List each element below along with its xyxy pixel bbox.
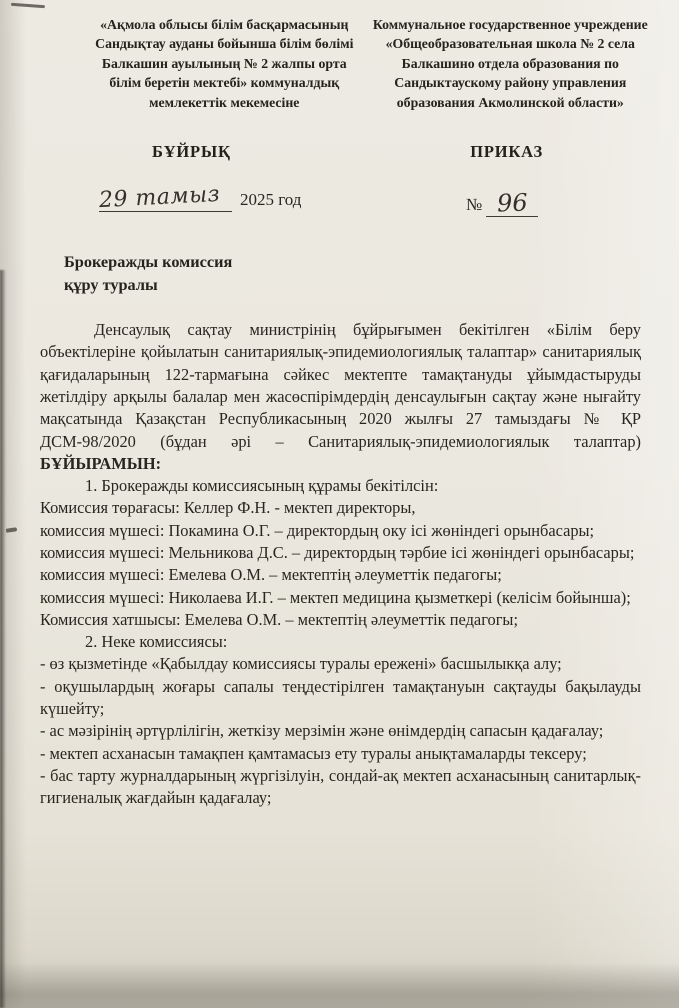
date-number-row: 29 тамыз2025 год № 96: [0, 184, 679, 230]
date-field: 29 тамыз2025 год: [99, 186, 301, 212]
letterhead: «Ақмола облысы білім басқармасының Санды…: [0, 0, 679, 112]
commission-member: комиссия мүшесі: Мельникова Д.С. – дирек…: [40, 542, 641, 564]
commission-duty: - мектеп асханасын тамақпен қамтамасыз е…: [40, 743, 641, 765]
commission-member: Комиссия хатшысы: Емелева О.М. – мектепт…: [40, 609, 641, 631]
commission-member: комиссия мүшесі: Емелева О.М. – мектепті…: [40, 564, 641, 586]
institution-name-russian: Коммунальное государственное учреждение …: [357, 15, 664, 112]
document-photo: «Ақмола облысы білім басқармасының Санды…: [0, 0, 679, 1008]
order-word: БҰЙЫРАМЫН:: [40, 454, 161, 473]
number-underline: 96: [486, 188, 538, 217]
resolution-item-2: 2. Неке комиссиясы:: [40, 631, 641, 653]
handwritten-number: 96: [497, 189, 529, 218]
institution-name-kazakh: «Ақмола облысы білім басқармасының Санды…: [92, 15, 357, 112]
subject-line-1: Брокеражды комиссия: [64, 250, 679, 273]
commission-duty: - ас мәзірінің әртүрлілігін, жеткізу мер…: [40, 720, 641, 742]
scan-artifact-pen-mark: [6, 527, 17, 532]
order-title-russian: ПРИКАЗ: [470, 142, 543, 162]
commission-duty: - өз қызметінде «Қабылдау комиссиясы тур…: [40, 653, 641, 675]
number-sign: №: [466, 195, 482, 214]
year-label: 2025 год: [240, 190, 301, 209]
order-subject: Брокеражды комиссия құру туралы: [64, 250, 679, 296]
order-number-field: № 96: [466, 188, 538, 217]
order-title-kazakh: БҰЙРЫҚ: [152, 142, 231, 162]
handwritten-date: 29 тамыз: [98, 182, 220, 213]
subject-line-2: құру туралы: [64, 273, 679, 296]
commission-member: комиссия мүшесі: Николаева И.Г. – мектеп…: [40, 587, 641, 609]
commission-member: комиссия мүшесі: Покамина О.Г. – директо…: [40, 520, 641, 542]
page-edge-shadow: [0, 270, 6, 1008]
commission-member: Комиссия төрағасы: Келлер Ф.Н. - мектеп …: [40, 497, 641, 519]
date-underline: 29 тамыз: [99, 186, 232, 212]
intro-text: Денсаулық сақтау министрінің бұйрығымен …: [40, 320, 641, 450]
intro-paragraph: Денсаулық сақтау министрінің бұйрығымен …: [40, 319, 641, 475]
resolution-item-1: 1. Брокеражды комиссиясының құрамы бекіт…: [40, 475, 641, 497]
commission-duty: - оқушылардың жоғары сапалы теңдестірілг…: [40, 676, 641, 721]
order-body: Денсаулық сақтау министрінің бұйрығымен …: [40, 319, 641, 810]
order-title-row: БҰЙРЫҚ ПРИКАЗ: [0, 112, 679, 162]
commission-duty: - бас тарту журналдарының жүргізілуін, с…: [40, 765, 641, 810]
